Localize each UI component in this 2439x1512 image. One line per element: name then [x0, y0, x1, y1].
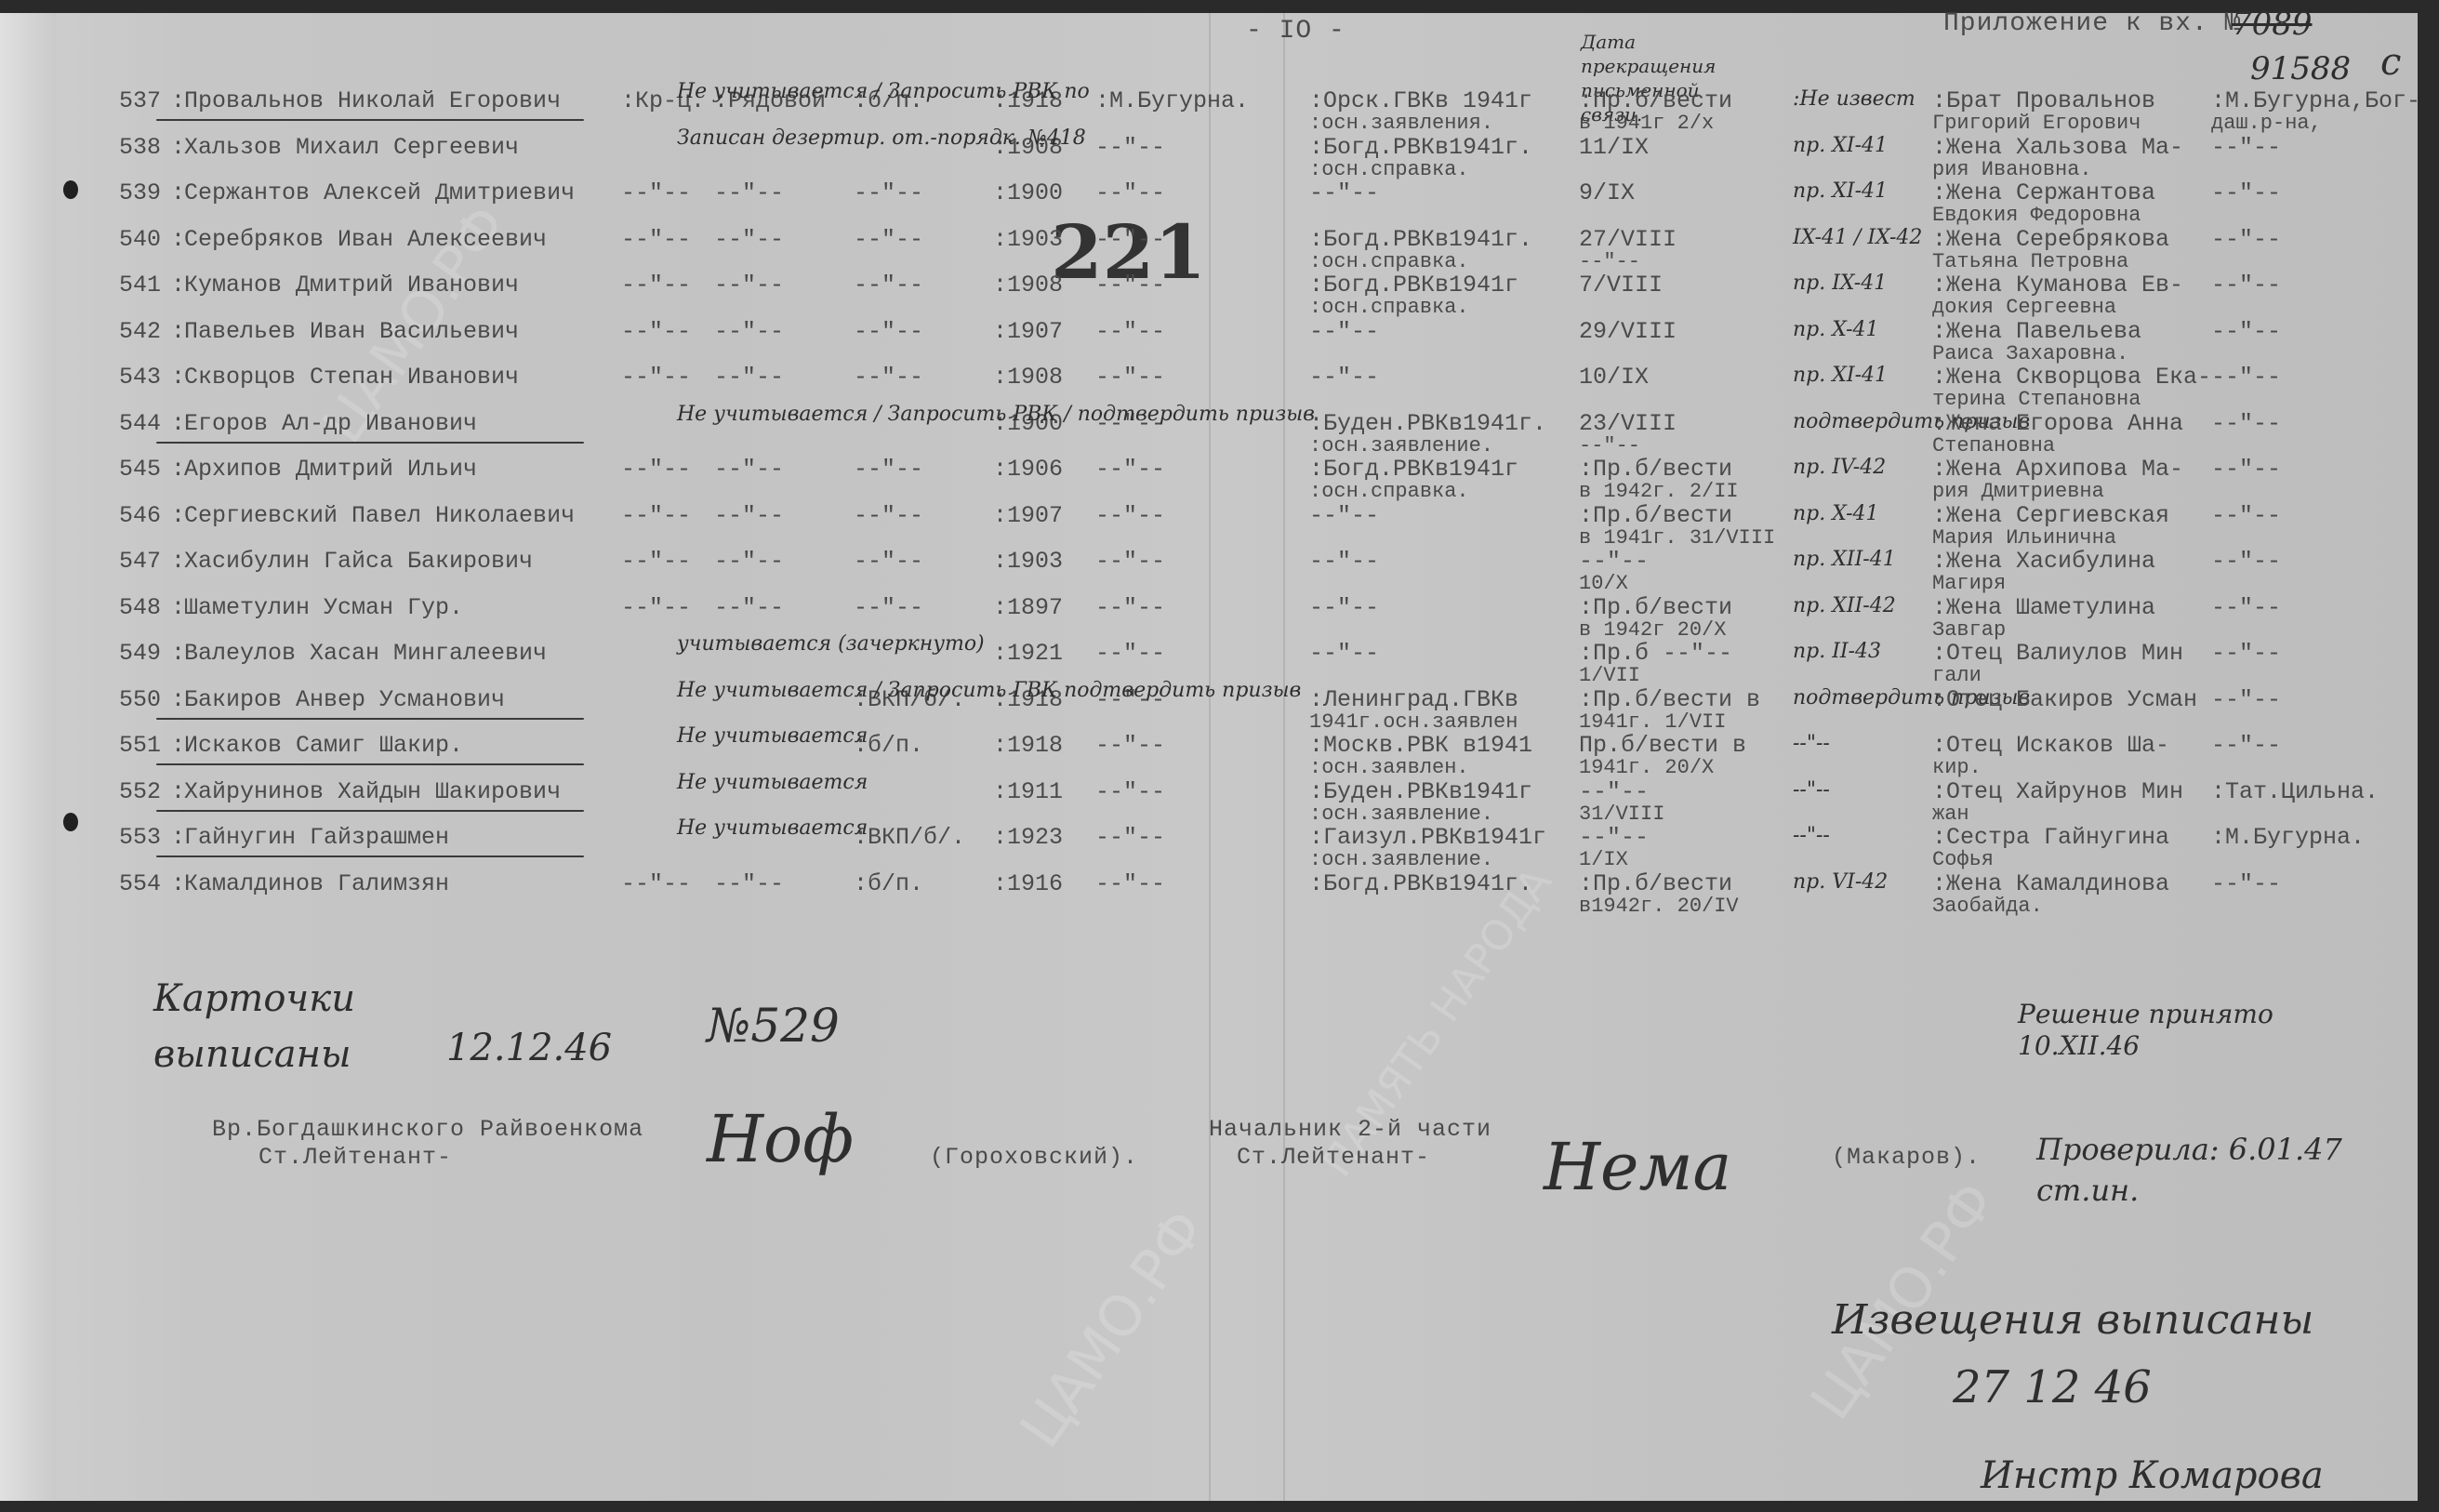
missing-since: Пр.б/вести в — [1579, 732, 1746, 759]
handwritten-note: Не учитывается — [677, 771, 868, 794]
next-of-kin-name: жан — [1932, 802, 1969, 826]
birthplace-cell: --"-- — [1095, 824, 1165, 851]
soldier-name: Сергиевский Павел Николаевич — [184, 502, 575, 529]
birthplace-cell: --"-- — [1095, 870, 1165, 897]
party-cell: --"-- — [854, 226, 923, 253]
reply-note: пр. IV-42 — [1793, 456, 1886, 479]
address-cell: --"-- — [2211, 640, 2281, 667]
missing-date: 31/VIII — [1579, 802, 1664, 826]
birth-year: :1900 — [993, 179, 1063, 206]
birth-year: :1916 — [993, 870, 1063, 897]
page-number: - IO - — [1246, 17, 1345, 46]
party-cell: --"-- — [854, 456, 923, 483]
rank-cell: --"-- — [621, 456, 691, 483]
next-of-kin-name: кир. — [1932, 756, 1982, 779]
fold-line — [1283, 13, 1285, 1501]
soldier-name: Хасибулин Гайса Бакирович — [184, 548, 533, 575]
name-underline — [156, 763, 584, 765]
missing-since: 27/VIII — [1579, 226, 1677, 253]
party-cell: --"-- — [854, 594, 923, 621]
soldier-name: Куманов Дмитрий Иванович — [184, 272, 519, 298]
next-of-kin-name: терина Степановна — [1932, 388, 2141, 411]
missing-since: 29/VIII — [1579, 318, 1677, 345]
soldier-name: Камалдинов Галимзян — [184, 870, 449, 897]
party-cell: --"-- — [854, 548, 923, 575]
row-number: 544 — [119, 410, 161, 437]
paper-edge — [0, 13, 56, 1501]
row-number: 541 — [119, 272, 161, 298]
row-number: 553 — [119, 824, 161, 851]
name-underline — [156, 442, 584, 444]
birthplace-cell: --"-- — [1095, 364, 1165, 391]
missing-date: --"-- — [1579, 250, 1640, 273]
birthplace-cell: --"-- — [1095, 134, 1165, 161]
next-of-kin-name: докия Сергеевна — [1932, 296, 2116, 319]
post-cell: --"-- — [714, 318, 784, 345]
birthplace-cell: --"-- — [1095, 502, 1165, 529]
drafted-basis: :осн.справка. — [1309, 158, 1469, 181]
reply-note: пр. XII-42 — [1793, 594, 1896, 617]
birthplace-cell: --"-- — [1095, 272, 1165, 298]
birth-year: :1918 — [993, 732, 1063, 759]
drafted-by: --"-- — [1309, 179, 1379, 206]
reply-note: --"-- — [1793, 824, 1830, 847]
address-cell: --"-- — [2211, 686, 2281, 713]
party-cell: --"-- — [854, 318, 923, 345]
next-of-kin: :Жена Егорова Анна — [1932, 410, 2183, 437]
drafted-basis: :осн.заявление. — [1309, 802, 1493, 826]
post-cell: --"-- — [714, 179, 784, 206]
birthplace-cell: --"-- — [1095, 548, 1165, 575]
commissar-rank: Ст.Лейтенант- — [258, 1144, 452, 1171]
name-underline — [156, 718, 584, 720]
next-of-kin: :Отец Валиулов Мин — [1932, 640, 2183, 667]
soldier-name: Скворцов Степан Иванович — [184, 364, 519, 391]
soldier-name: Провальнов Николай Егорович — [184, 87, 561, 114]
next-of-kin: :Жена Сергиевская — [1932, 502, 2169, 529]
post-cell: --"-- — [714, 548, 784, 575]
post-cell: --"-- — [714, 272, 784, 298]
appendix-number-struck: 7089 — [2232, 6, 2313, 43]
separator: : — [171, 179, 185, 206]
appendix-number: 91588 — [2250, 50, 2351, 87]
reply-note: пр. X-41 — [1793, 502, 1879, 525]
next-of-kin: :Брат Провальнов — [1932, 87, 2155, 114]
post-cell: --"-- — [714, 594, 784, 621]
row-number: 543 — [119, 364, 161, 391]
soldier-name: Искаков Самиг Шакир. — [184, 732, 463, 759]
row-number: 549 — [119, 640, 161, 667]
drafted-by: :Гаизул.РВКв1941г — [1309, 824, 1546, 851]
missing-date: в 1942г. 2/II — [1579, 480, 1739, 503]
appendix-label: Приложение к вх. № — [1943, 9, 2241, 38]
address-cell: --"-- — [2211, 226, 2281, 253]
party-cell: :б/п. — [854, 870, 923, 897]
separator: : — [171, 732, 185, 759]
missing-since: 23/VIII — [1579, 410, 1677, 437]
soldier-name: Гайнугин Гайзрашмен — [184, 824, 449, 851]
handwritten-note: Не учитывается — [677, 724, 868, 748]
birth-year: :1897 — [993, 594, 1063, 621]
row-number: 540 — [119, 226, 161, 253]
party-cell: --"-- — [854, 502, 923, 529]
reply-note: :Не извест — [1793, 87, 1915, 111]
handwritten-note: Не учитывается / Запросить РВК по — [677, 80, 1090, 103]
birth-year: :1908 — [993, 272, 1063, 298]
soldier-name: Архипов Дмитрий Ильич — [184, 456, 477, 483]
notices-note: Извещения выписаны — [1832, 1296, 2313, 1344]
missing-since: --"-- — [1579, 548, 1649, 575]
birthplace-cell: :М.Бугурна. — [1095, 87, 1249, 114]
drafted-by: --"-- — [1309, 364, 1379, 391]
separator: : — [171, 640, 185, 667]
handwritten-note: учитывается (зачеркнуто) — [677, 632, 985, 656]
decision-note: Решение принято 10.XII.46 — [2018, 999, 2315, 1062]
row-number: 554 — [119, 870, 161, 897]
address-cell: --"-- — [2211, 548, 2281, 575]
drafted-basis: 1941г.осн.заявлен — [1309, 710, 1518, 734]
next-of-kin: :Отец Хайрунов Мин — [1932, 778, 2183, 805]
missing-date: в 1942г 20/X — [1579, 618, 1726, 642]
next-of-kin: :Отец Искаков Ша- — [1932, 732, 2169, 759]
missing-date: 1941г. 1/VII — [1579, 710, 1726, 734]
name-underline — [156, 855, 584, 857]
notices-date: 27 12 46 — [1953, 1361, 2152, 1413]
separator: : — [171, 87, 185, 114]
missing-since: :Пр.б/вести — [1579, 870, 1732, 897]
fold-line — [1209, 13, 1211, 1501]
address-cell: --"-- — [2211, 410, 2281, 437]
soldier-name: Хальзов Михаил Сергеевич — [184, 134, 519, 161]
drafted-basis: :осн.справка. — [1309, 250, 1469, 273]
soldier-name: Сержантов Алексей Дмитриевич — [184, 179, 575, 206]
missing-since: 7/VIII — [1579, 272, 1663, 298]
chief-rank: Ст.Лейтенант- — [1237, 1144, 1430, 1171]
next-of-kin: :Сестра Гайнугина — [1932, 824, 2169, 851]
commissar-name: (Гороховский). — [930, 1144, 1138, 1171]
post-cell: --"-- — [714, 502, 784, 529]
next-of-kin: :Отец Бакиров Усман — [1932, 686, 2197, 713]
next-of-kin: :Жена Хальзова Ма- — [1932, 134, 2183, 161]
birthplace-cell: --"-- — [1095, 456, 1165, 483]
appendix-suffix: с — [2380, 41, 2401, 84]
missing-date: 1941г. 20/X — [1579, 756, 1714, 779]
missing-since: 9/IX — [1579, 179, 1635, 206]
rank-cell: --"-- — [621, 179, 691, 206]
commissar-signature: Ноф — [707, 1101, 854, 1177]
next-of-kin-name: рия Дмитриевна — [1932, 480, 2104, 503]
address-cell: --"-- — [2211, 179, 2281, 206]
handwritten-note: Не учитывается / Запросить ГВК подтверди… — [677, 679, 1301, 702]
drafted-basis: :осн.заявления. — [1309, 112, 1493, 135]
birthplace-cell: --"-- — [1095, 179, 1165, 206]
reply-note: --"-- — [1793, 732, 1830, 755]
missing-since: --"-- — [1579, 778, 1649, 805]
separator: : — [171, 456, 185, 483]
next-of-kin-name: Раиса Захаровна. — [1932, 342, 2128, 365]
address-cell: --"-- — [2211, 732, 2281, 759]
drafted-by: :Богд.РВКв1941г — [1309, 272, 1518, 298]
next-of-kin: :Жена Серебрякова — [1932, 226, 2169, 253]
missing-date: в 1941г. 31/VIII — [1579, 526, 1775, 550]
separator: : — [171, 548, 185, 575]
next-of-kin-name: гали — [1932, 664, 1982, 687]
drafted-basis: :осн.заявление. — [1309, 848, 1493, 871]
next-of-kin: :Жена Сержантова — [1932, 179, 2155, 206]
post-cell: --"-- — [714, 456, 784, 483]
missing-since: :Пр.б/вести — [1579, 502, 1732, 529]
reply-note: пр. XI-41 — [1793, 134, 1888, 157]
name-underline — [156, 119, 584, 121]
party-cell: --"-- — [854, 179, 923, 206]
separator: : — [171, 824, 185, 851]
drafted-by: :Москв.РВК в1941 — [1309, 732, 1532, 759]
birth-year: :1911 — [993, 778, 1063, 805]
next-of-kin-name: Завгар — [1932, 618, 2006, 642]
drafted-basis: :осн.заявлен. — [1309, 756, 1469, 779]
address-cell: --"-- — [2211, 456, 2281, 483]
row-number: 546 — [119, 502, 161, 529]
separator: : — [171, 134, 185, 161]
drafted-basis: :осн.справка. — [1309, 480, 1469, 503]
next-of-kin-name: Заобайда. — [1932, 895, 2043, 918]
soldier-name: Валеулов Хасан Мингалеевич — [184, 640, 547, 667]
next-of-kin-name: Степановна — [1932, 434, 2055, 458]
next-of-kin: :Жена Камалдинова — [1932, 870, 2169, 897]
birth-year: :1906 — [993, 456, 1063, 483]
drafted-by: --"-- — [1309, 318, 1379, 345]
reply-note: пр. VI-42 — [1793, 870, 1888, 894]
drafted-by: :Орск.ГВКв 1941г — [1309, 87, 1532, 114]
drafted-by: :Богд.РВКв1941г. — [1309, 226, 1532, 253]
rank-cell: --"-- — [621, 870, 691, 897]
reply-note: пр. XII-41 — [1793, 548, 1896, 571]
rank-cell: --"-- — [621, 318, 691, 345]
row-number: 545 — [119, 456, 161, 483]
drafted-by: --"-- — [1309, 548, 1379, 575]
handwritten-note: Не учитывается / Запросить РВК / подтвер… — [677, 403, 1315, 426]
rank-cell: --"-- — [621, 364, 691, 391]
separator: : — [171, 410, 185, 437]
separator: : — [171, 778, 185, 805]
next-of-kin: :Жена Скворцова Ека- — [1932, 364, 2211, 391]
soldier-name: Серебряков Иван Алексеевич — [184, 226, 547, 253]
document-page: ЦАМО.РФ ЦАМО.РФ ЦАМО.РФ ПАМЯТЬ НАРОДА - … — [0, 13, 2418, 1501]
separator: : — [171, 272, 185, 298]
next-of-kin-name: Григорий Егорович — [1932, 112, 2141, 135]
separator: : — [171, 686, 185, 713]
next-of-kin: :Жена Хасибулина — [1932, 548, 2155, 575]
watermark: ЦАМО.РФ — [1008, 1199, 1218, 1460]
party-cell: --"-- — [854, 272, 923, 298]
row-number: 538 — [119, 134, 161, 161]
chief-title: Начальник 2-й части — [1209, 1116, 1491, 1143]
birthplace-cell: --"-- — [1095, 732, 1165, 759]
missing-date: 10/X — [1579, 572, 1628, 595]
birth-year: :1921 — [993, 640, 1063, 667]
post-cell: --"-- — [714, 870, 784, 897]
birth-year: :1903 — [993, 226, 1063, 253]
separator: : — [171, 318, 185, 345]
address-cell: --"-- — [2211, 870, 2281, 897]
drafted-by: :Буден.РВКв1941г — [1309, 778, 1532, 805]
birth-year: :1903 — [993, 548, 1063, 575]
post-cell: --"-- — [714, 364, 784, 391]
rank-cell: --"-- — [621, 502, 691, 529]
reply-note: --"-- — [1793, 778, 1830, 802]
next-of-kin-name: рия Ивановна. — [1932, 158, 2092, 181]
missing-since: :Пр.б/вести — [1579, 87, 1732, 114]
next-of-kin-name: Софья — [1932, 848, 1994, 871]
row-number: 548 — [119, 594, 161, 621]
missing-date: в1942г. 20/IV — [1579, 895, 1739, 918]
next-of-kin-name: Татьяна Петровна — [1932, 250, 2128, 273]
chief-signature: Нема — [1544, 1129, 1731, 1205]
address-cell: :Тат.Цильна. — [2211, 778, 2379, 805]
address-line2: даш.р-на, — [2211, 112, 2322, 135]
drafted-by: :Буден.РВКв1941г. — [1309, 410, 1546, 437]
missing-date: --"-- — [1579, 434, 1640, 458]
drafted-by: --"-- — [1309, 502, 1379, 529]
next-of-kin: :Жена Павельева — [1932, 318, 2141, 345]
next-of-kin: :Жена Шаметулина — [1932, 594, 2155, 621]
rank-cell: --"-- — [621, 548, 691, 575]
drafted-by: :Богд.РВКв1941г. — [1309, 870, 1532, 897]
rank-cell: --"-- — [621, 226, 691, 253]
missing-since: :Пр.б/вести — [1579, 594, 1732, 621]
reply-note: пр. XI-41 — [1793, 364, 1888, 387]
drafted-by: :Богд.РВКв1941г — [1309, 456, 1518, 483]
punch-hole — [63, 813, 78, 831]
address-cell: --"-- — [2211, 364, 2281, 391]
commissar-title: Вр.Богдашкинского Райвоенкома — [212, 1116, 643, 1143]
reply-note: пр. II-43 — [1793, 640, 1881, 663]
next-of-kin-name: Евдокия Федоровна — [1932, 204, 2141, 227]
row-number: 551 — [119, 732, 161, 759]
row-number: 542 — [119, 318, 161, 345]
post-cell: --"-- — [714, 226, 784, 253]
missing-date: в 1941г 2/х — [1579, 112, 1714, 135]
missing-since: --"-- — [1579, 824, 1649, 851]
drafted-by: --"-- — [1309, 640, 1379, 667]
next-of-kin-name: Мария Ильинична — [1932, 526, 2116, 550]
soldier-name: Павельев Иван Васильевич — [184, 318, 519, 345]
cards-issued-date: 12.12.46 — [446, 1027, 612, 1069]
next-of-kin-name: Магиря — [1932, 572, 2006, 595]
soldier-name: Шаметулин Усман Гур. — [184, 594, 463, 621]
separator: : — [171, 226, 185, 253]
missing-date: 1/IX — [1579, 848, 1628, 871]
next-of-kin: :Жена Куманова Ев- — [1932, 272, 2183, 298]
row-number: 537 — [119, 87, 161, 114]
chief-name: (Макаров). — [1832, 1144, 1981, 1171]
handwritten-note: Не учитывается — [677, 816, 868, 840]
row-number: 539 — [119, 179, 161, 206]
address-cell: --"-- — [2211, 594, 2281, 621]
next-of-kin: :Жена Архипова Ма- — [1932, 456, 2183, 483]
row-number: 550 — [119, 686, 161, 713]
missing-since: :Пр.б/вести — [1579, 456, 1732, 483]
separator: : — [171, 364, 185, 391]
name-underline — [156, 810, 584, 812]
address-cell: :М.Бугурна,Бог- — [2211, 87, 2420, 114]
drafted-basis: :осн.справка. — [1309, 296, 1469, 319]
address-cell: --"-- — [2211, 318, 2281, 345]
reply-note: пр. XI-41 — [1793, 179, 1888, 203]
missing-date: 1/VII — [1579, 664, 1640, 687]
birth-year: :1907 — [993, 502, 1063, 529]
missing-since: :Пр.б/вести в — [1579, 686, 1760, 713]
birthplace-cell: --"-- — [1095, 226, 1165, 253]
reply-note: пр. IX-41 — [1793, 272, 1887, 295]
birth-year: :1907 — [993, 318, 1063, 345]
missing-since: 11/IX — [1579, 134, 1649, 161]
party-cell: --"-- — [854, 364, 923, 391]
drafted-by: --"-- — [1309, 594, 1379, 621]
drafted-by: :Ленинград.ГВКв — [1309, 686, 1518, 713]
reply-note: IX-41 / IX-42 — [1793, 226, 1922, 249]
separator: : — [171, 594, 185, 621]
row-number: 552 — [119, 778, 161, 805]
handwritten-note: Записан дезертир. от.-порядк. №418 — [677, 126, 1086, 150]
party-cell: :ВКП/б/. — [854, 824, 965, 851]
address-cell: --"-- — [2211, 272, 2281, 298]
soldier-name: Хайрунинов Хайдын Шакирович — [184, 778, 561, 805]
reply-note: пр. X-41 — [1793, 318, 1879, 341]
soldier-name: Бакиров Анвер Усманович — [184, 686, 505, 713]
register-number: №529 — [707, 999, 840, 1053]
separator: : — [171, 502, 185, 529]
birthplace-cell: --"-- — [1095, 778, 1165, 805]
drafted-basis: :осн.заявление. — [1309, 434, 1493, 458]
missing-since: 10/IX — [1579, 364, 1649, 391]
drafted-by: :Богд.РВКв1941г. — [1309, 134, 1532, 161]
address-cell: :М.Бугурна. — [2211, 824, 2365, 851]
address-cell: --"-- — [2211, 502, 2281, 529]
punch-hole — [63, 180, 78, 199]
rank-cell: --"-- — [621, 272, 691, 298]
rank-cell: --"-- — [621, 594, 691, 621]
row-number: 547 — [119, 548, 161, 575]
missing-since: :Пр.б --"-- — [1579, 640, 1732, 667]
birth-year: :1923 — [993, 824, 1063, 851]
soldier-name: Егоров Ал-др Иванович — [184, 410, 477, 437]
birth-year: :1908 — [993, 364, 1063, 391]
birthplace-cell: --"-- — [1095, 594, 1165, 621]
inspector-signature: Инстр Комарова — [1981, 1454, 2324, 1497]
separator: : — [171, 870, 185, 897]
birthplace-cell: --"-- — [1095, 640, 1165, 667]
address-cell: --"-- — [2211, 134, 2281, 161]
birthplace-cell: --"-- — [1095, 318, 1165, 345]
checked-note: Проверила: 6.01.47 ст.ин. — [2036, 1129, 2371, 1211]
cards-issued-note: Карточки выписаны — [153, 971, 451, 1082]
